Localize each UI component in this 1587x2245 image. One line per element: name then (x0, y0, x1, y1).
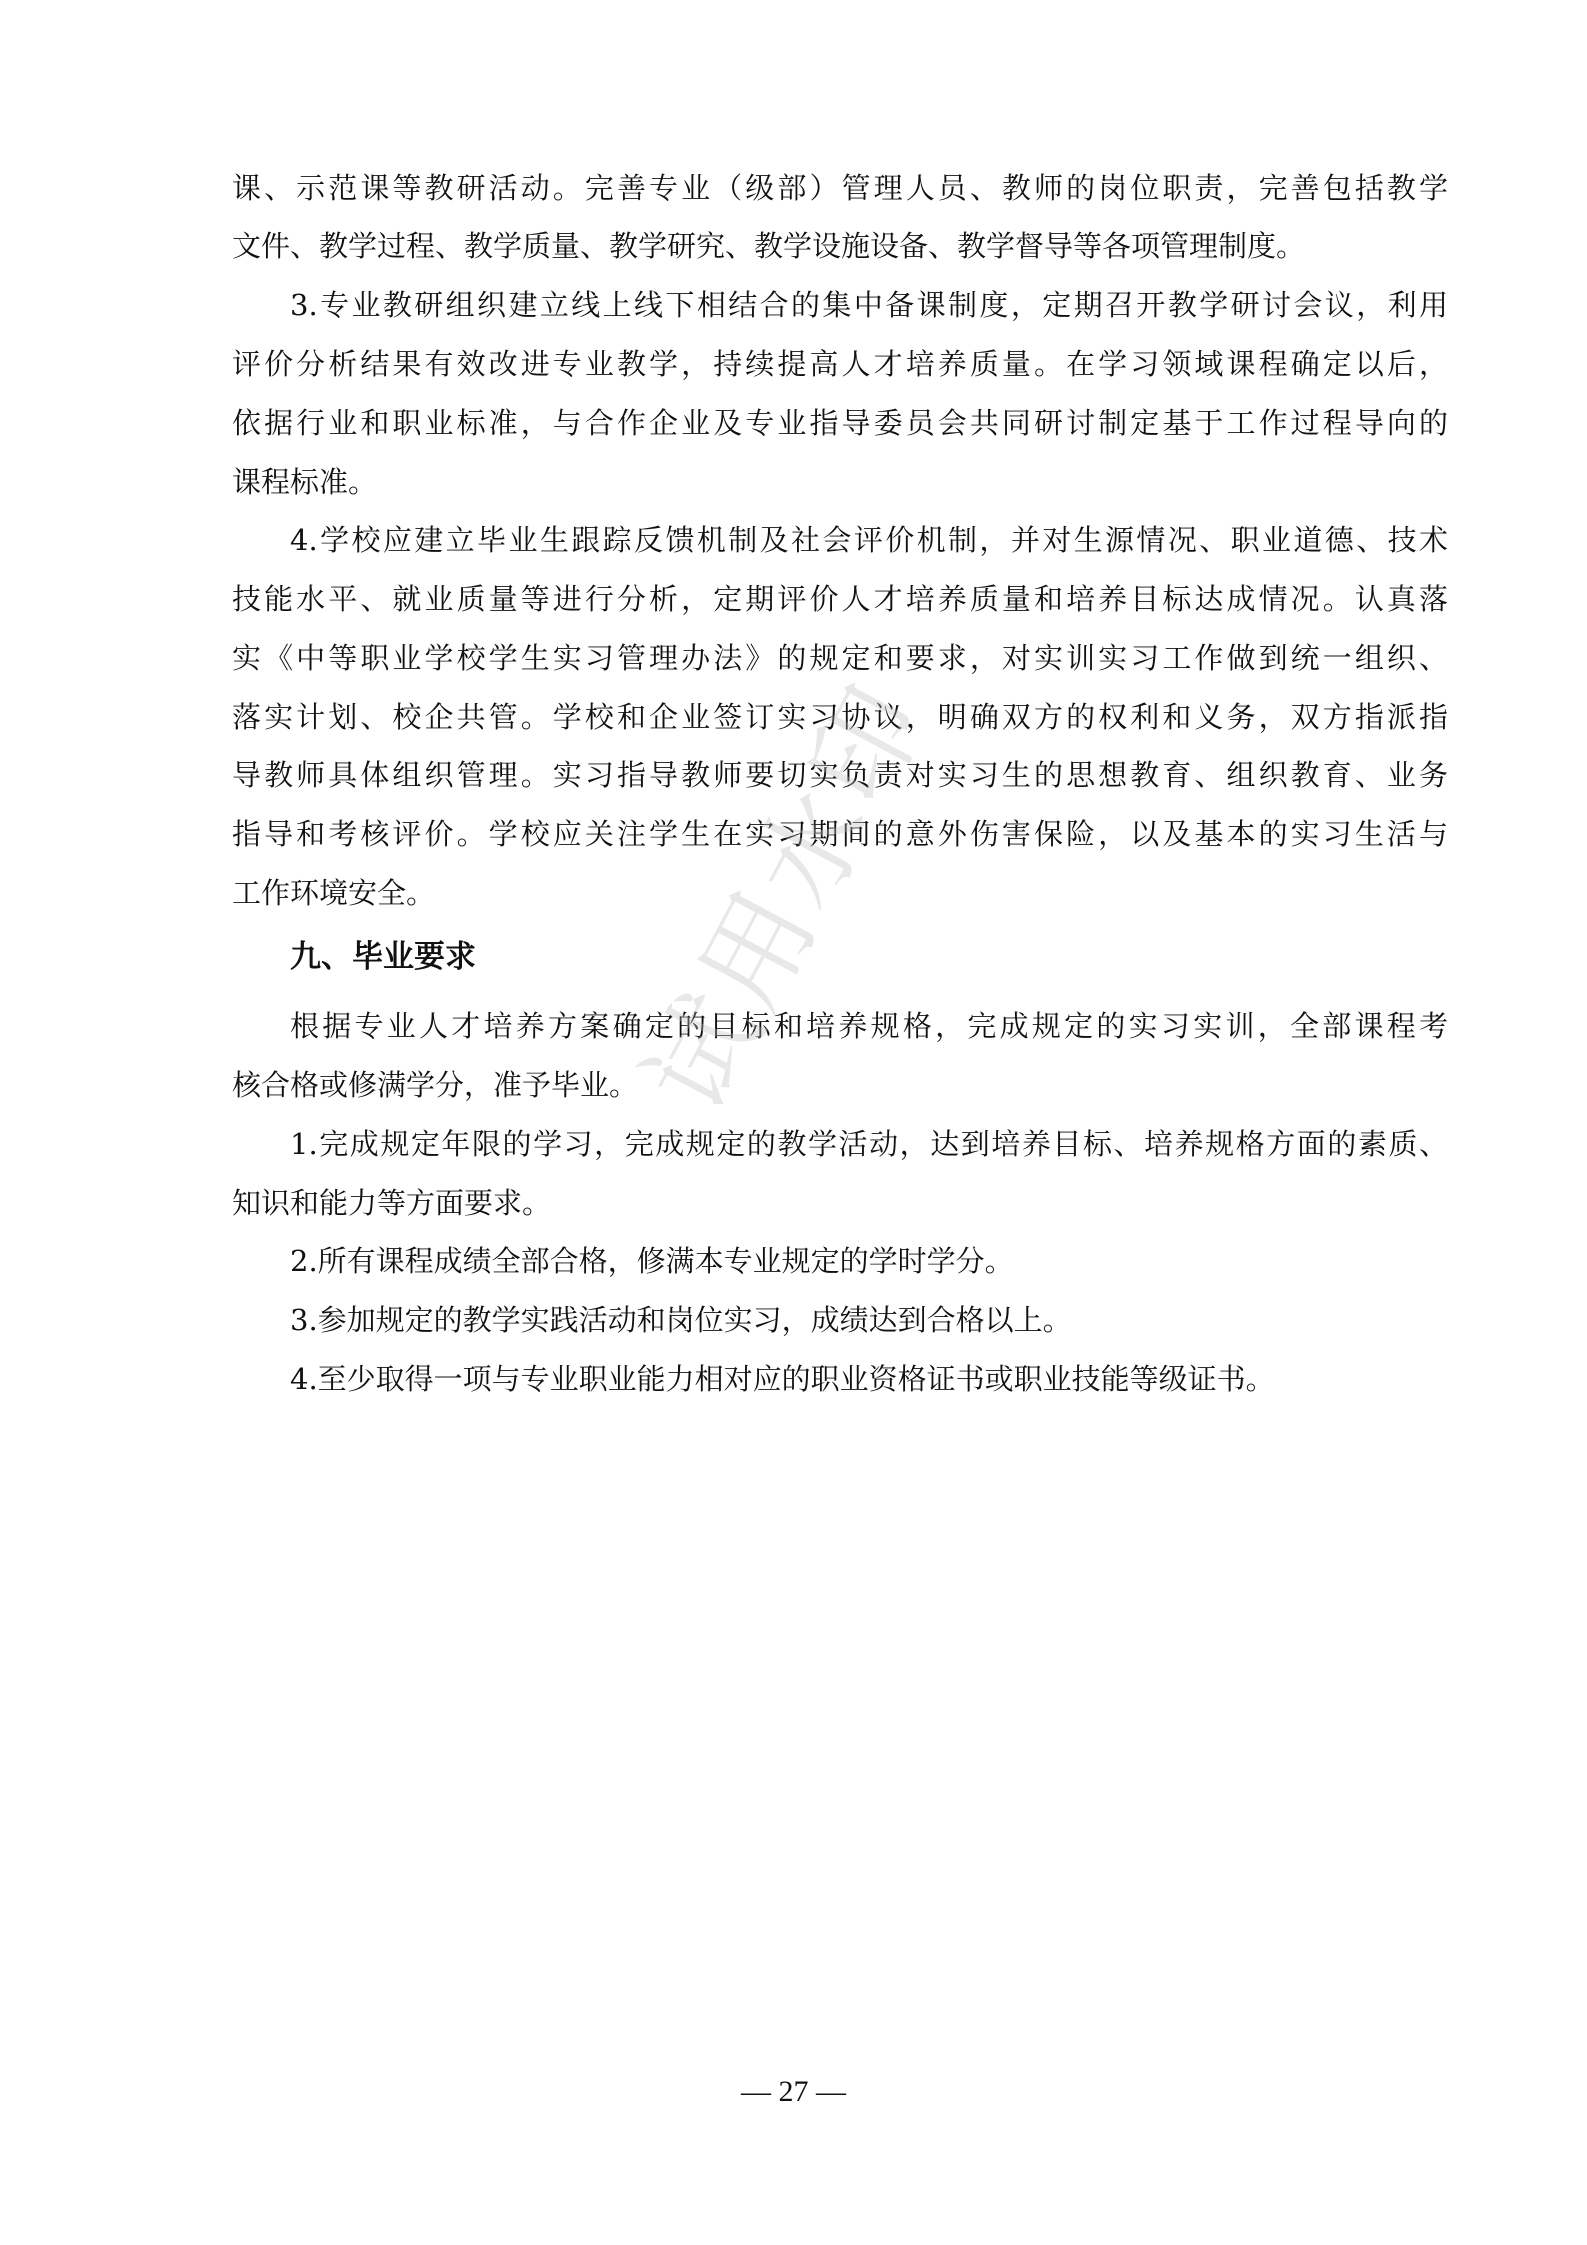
paragraph-line: 4.学校应建立毕业生跟踪反馈机制及社会评价机制，并对生源情况、职业道德、技术 (290, 520, 1448, 560)
paragraph-line: 1.完成规定年限的学习，完成规定的教学活动，达到培养目标、培养规格方面的素质、 (290, 1124, 1448, 1164)
paragraph-line: 工作环境安全。 (232, 873, 1448, 913)
paragraph-line: 根据专业人才培养方案确定的目标和培养规格，完成规定的实习实训，全部课程考 (290, 1006, 1448, 1046)
paragraph-line: 课程标准。 (232, 462, 1448, 502)
page-number: — 27 — (0, 2075, 1587, 2109)
paragraph-line: 课、示范课等教研活动。完善专业（级部）管理人员、教师的岗位职责，完善包括教学 (232, 168, 1448, 208)
paragraph-line: 核合格或修满学分，准予毕业。 (232, 1065, 1448, 1105)
paragraph-line: 依据行业和职业标准，与合作企业及专业指导委员会共同研讨制定基于工作过程导向的 (232, 403, 1448, 443)
section-heading: 九、毕业要求 (290, 935, 476, 979)
paragraph-line: 知识和能力等方面要求。 (232, 1183, 1448, 1223)
paragraph-line: 实《中等职业学校学生实习管理办法》的规定和要求，对实训实习工作做到统一组织、 (232, 638, 1448, 678)
paragraph-line: 导教师具体组织管理。实习指导教师要切实负责对实习生的思想教育、组织教育、业务 (232, 755, 1448, 795)
paragraph-line: 3.专业教研组织建立线上线下相结合的集中备课制度，定期召开教学研讨会议，利用 (290, 285, 1448, 325)
document-page: 课、示范课等教研活动。完善专业（级部）管理人员、教师的岗位职责，完善包括教学 文… (0, 0, 1587, 2245)
paragraph-line: 指导和考核评价。学校应关注学生在实习期间的意外伤害保险，以及基本的实习生活与 (232, 814, 1448, 854)
paragraph-line: 技能水平、就业质量等进行分析，定期评价人才培养质量和培养目标达成情况。认真落 (232, 579, 1448, 619)
paragraph-line: 4.至少取得一项与专业职业能力相对应的职业资格证书或职业技能等级证书。 (290, 1359, 1448, 1399)
paragraph-line: 落实计划、校企共管。学校和企业签订实习协议，明确双方的权利和义务，双方指派指 (232, 697, 1448, 737)
paragraph-line: 2.所有课程成绩全部合格，修满本专业规定的学时学分。 (290, 1241, 1448, 1281)
paragraph-line: 3.参加规定的教学实践活动和岗位实习，成绩达到合格以上。 (290, 1300, 1448, 1340)
paragraph-line: 评价分析结果有效改进专业教学，持续提高人才培养质量。在学习领域课程确定以后， (232, 344, 1448, 384)
paragraph-line: 文件、教学过程、教学质量、教学研究、教学设施设备、教学督导等各项管理制度。 (232, 226, 1448, 266)
